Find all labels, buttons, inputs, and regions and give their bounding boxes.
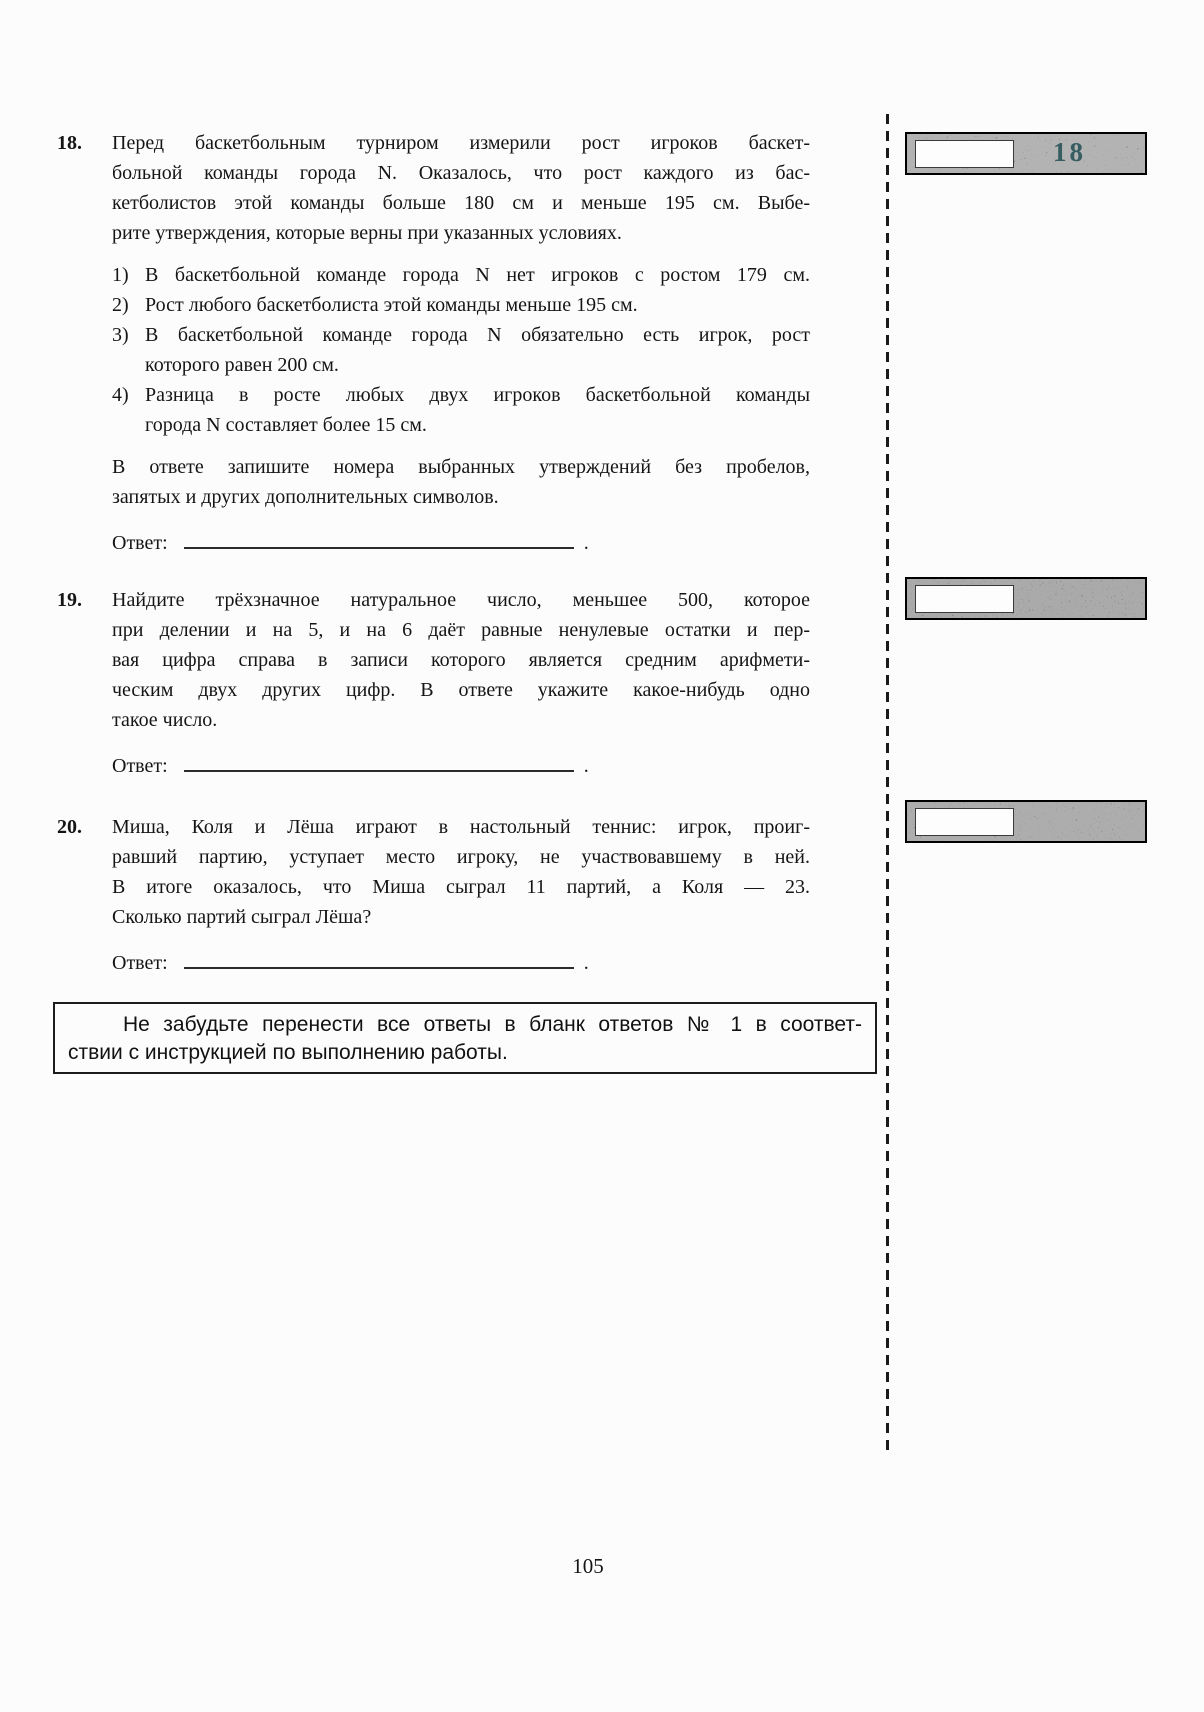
problem-18: 18. Перед баскетбольным турниром измерил… [57, 128, 810, 558]
note-line: ствии с инструкцией по выполнению работы… [68, 1039, 862, 1067]
statement-4-line: Разница в росте любых двух игроков баске… [145, 380, 810, 410]
statement-1-line: В баскетбольной команде города N нет игр… [145, 260, 810, 290]
problem-20-text: Миша, Коля и Лёша играют в настольный те… [112, 812, 810, 978]
score-box [905, 800, 1147, 843]
statement-1: 1) В баскетбольной команде города N нет … [112, 260, 810, 290]
score-box-window [915, 585, 1014, 613]
problem-19-line: вая цифра справа в записи которого являе… [112, 645, 810, 675]
problem-20-line: равший партию, уступает место игроку, не… [112, 842, 810, 872]
answer-period: . [584, 952, 589, 974]
problem-19-text: Найдите трёхзначное натуральное число, м… [112, 585, 810, 781]
problem-20-number: 20. [57, 812, 112, 978]
answer-label: Ответ: [112, 755, 168, 777]
problem-19-line: Найдите трёхзначное натуральное число, м… [112, 585, 810, 615]
statement-3: 3) В баскетбольной команде города N обяз… [112, 320, 810, 380]
problem-19-line: при делении и на 5, и на 6 даёт равные н… [112, 615, 810, 645]
problem-20: 20. Миша, Коля и Лёша играют в настольны… [57, 812, 810, 978]
note-line: Не забудьте перенести все ответы в бланк… [68, 1011, 862, 1039]
problem-19-number: 19. [57, 585, 112, 781]
problem-18-answer-row: Ответ:. [112, 528, 810, 558]
problem-20-answer-row: Ответ:. [112, 948, 810, 978]
problem-18-text: Перед баскетбольным турниром измерили ро… [112, 128, 810, 558]
problem-20-line: Миша, Коля и Лёша играют в настольный те… [112, 812, 810, 842]
problem-18-instruction: В ответе запишите номера выбранных утвер… [112, 452, 810, 512]
problem-18-line: кетболистов этой команды больше 180 см и… [112, 188, 810, 218]
statement-4-line: города N составляет более 15 см. [145, 410, 810, 440]
problem-19-answer-row: Ответ:. [112, 751, 810, 781]
answer-label: Ответ: [112, 952, 168, 974]
problem-20-line: Сколько партий сыграл Лёша? [112, 902, 810, 932]
problem-20-line: В итоге оказалось, что Миша сыграл 11 па… [112, 872, 810, 902]
problem-18-line: Перед баскетбольным турниром измерили ро… [112, 128, 810, 158]
statement-3-line: В баскетбольной команде города N обязате… [145, 320, 810, 350]
problem-18-instruction-line: В ответе запишите номера выбранных утвер… [112, 452, 810, 482]
answer-label: Ответ: [112, 532, 168, 554]
statement-4: 4) Разница в росте любых двух игроков ба… [112, 380, 810, 440]
page-number: 105 [0, 1554, 1176, 1579]
score-box-label: 18 [1053, 137, 1086, 168]
score-box: 18 [905, 132, 1147, 175]
answer-line [184, 949, 574, 969]
score-box-window [915, 808, 1014, 836]
statement-3-line: которого равен 200 см. [145, 350, 810, 380]
dashed-cut-line [886, 114, 889, 1450]
answer-period: . [584, 755, 589, 777]
statement-1-marker: 1) [112, 260, 129, 290]
statement-2-marker: 2) [112, 290, 129, 320]
problem-18-instruction-line: запятых и других дополнительных символов… [112, 482, 810, 512]
statement-2-line: Рост любого баскетболиста этой команды м… [145, 290, 810, 320]
problem-19: 19. Найдите трёхзначное натуральное числ… [57, 585, 810, 781]
problem-18-line: рите утверждения, которые верны при указ… [112, 218, 810, 248]
score-box-window [915, 140, 1014, 168]
answer-line [184, 752, 574, 772]
answer-line [184, 529, 574, 549]
problem-18-statements: 1) В баскетбольной команде города N нет … [112, 260, 810, 440]
statement-4-marker: 4) [112, 380, 129, 410]
answer-period: . [584, 532, 589, 554]
problem-18-number: 18. [57, 128, 112, 558]
transfer-answers-note: Не забудьте перенести все ответы в бланк… [53, 1002, 877, 1074]
score-box [905, 577, 1147, 620]
problem-18-line: больной команды города N. Оказалось, что… [112, 158, 810, 188]
statement-2: 2) Рост любого баскетболиста этой команд… [112, 290, 810, 320]
statement-3-marker: 3) [112, 320, 129, 350]
problem-19-line: ческим двух других цифр. В ответе укажит… [112, 675, 810, 705]
problem-19-line: такое число. [112, 705, 810, 735]
